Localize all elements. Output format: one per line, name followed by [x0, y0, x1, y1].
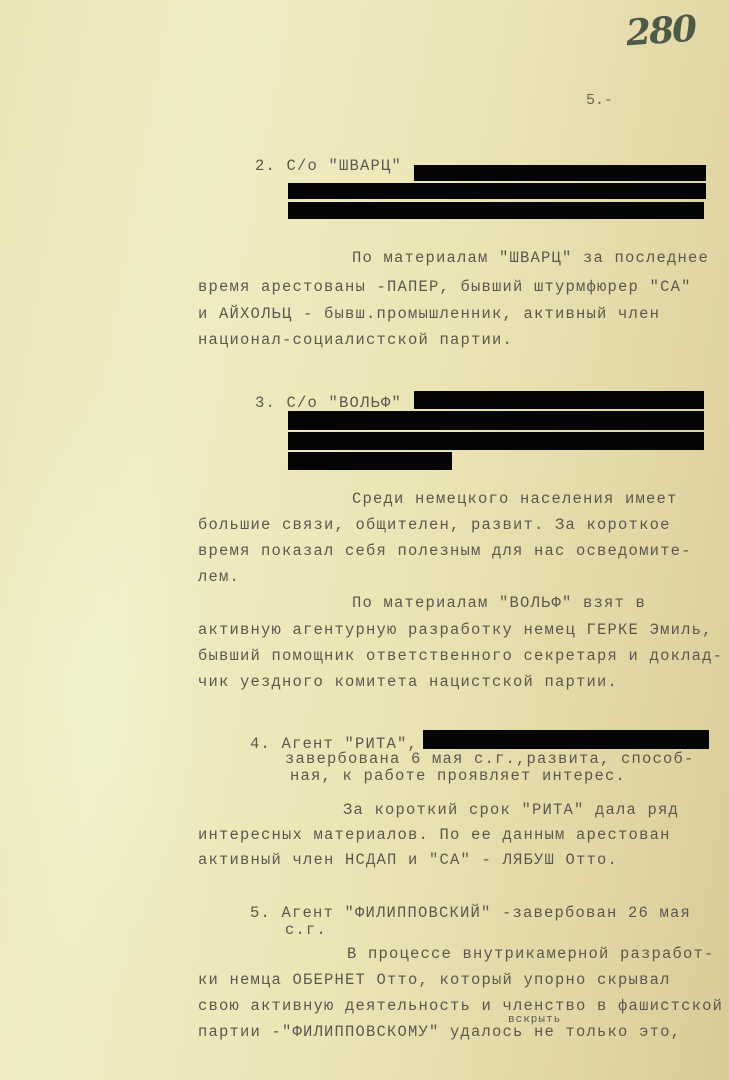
section-5-para-line: партии -"ФИЛИППОВСКОМУ" удалось не тольк…	[198, 1023, 681, 1041]
section-4-para-line: активный член НСДАП и "СА" - ЛЯБУШ Отто.	[198, 851, 618, 869]
paper-stain	[0, 380, 230, 1000]
redaction-bar	[414, 165, 706, 181]
section-4-heading-cont: ная, к работе проявляет интерес.	[290, 767, 626, 785]
section-3-para-line: По материалам "ВОЛЬФ" взят в	[352, 594, 646, 612]
section-3-para-line: чик уездного комитета нацистской партии.	[198, 673, 618, 691]
section-3-heading: 3. С/о "ВОЛЬФ"	[255, 394, 402, 412]
section-5-heading-cont: с.г.	[285, 921, 327, 939]
section-4-para-line: интересных материалов. По ее данным арес…	[198, 826, 671, 844]
section-3-para-line: лем.	[198, 568, 240, 586]
section-3-para-line: большие связи, общителен, развит. За кор…	[198, 516, 671, 534]
redaction-bar	[288, 452, 452, 470]
section-2-para-line: и АЙХОЛЬЦ - бывш.промышленник, активный …	[198, 305, 660, 323]
section-3-para-line: Среди немецкого населения имеет	[352, 490, 678, 508]
section-4-heading-cont: завербована 6 мая с.г.,развита, способ-	[285, 750, 695, 768]
section-2-para-line: время арестованы -ПАПЕР, бывший штурмфюр…	[198, 278, 692, 296]
section-5-para-line: свою активную деятельность и членство в …	[198, 997, 723, 1015]
section-3-para-line: время показал себя полезным для нас осве…	[198, 542, 692, 560]
redaction-bar	[288, 183, 706, 199]
section-3-para-line: бывший помощник ответственного секретаря…	[198, 647, 723, 665]
redaction-bar	[414, 391, 704, 409]
section-2-para-line: национал-социалистской партии.	[198, 331, 513, 349]
document-page: 280 5.- 2. С/о "ШВАРЦ" По материалам "ШВ…	[0, 0, 729, 1080]
redaction-bar	[288, 411, 704, 430]
section-5-para-line: ки немца ОБЕРНЕТ Отто, который упорно ск…	[198, 971, 671, 989]
redaction-bar	[288, 432, 704, 450]
section-4-para-line: За короткий срок "РИТА" дала ряд	[343, 801, 679, 819]
handwritten-page-number: 280	[625, 8, 697, 55]
section-5-para-line: В процессе внутрикамерной разработ-	[347, 945, 715, 963]
section-2-para-line: По материалам "ШВАРЦ" за последнее	[352, 249, 709, 267]
redaction-bar	[288, 202, 704, 219]
typed-page-marker: 5.-	[586, 92, 613, 109]
section-3-para-line: активную агентурную разработку немец ГЕР…	[198, 621, 713, 639]
redaction-bar	[423, 730, 709, 749]
section-2-heading: 2. С/о "ШВАРЦ"	[255, 157, 402, 175]
section-5-heading: 5. Агент "ФИЛИППОВСКИЙ" -завербован 26 м…	[250, 904, 691, 922]
